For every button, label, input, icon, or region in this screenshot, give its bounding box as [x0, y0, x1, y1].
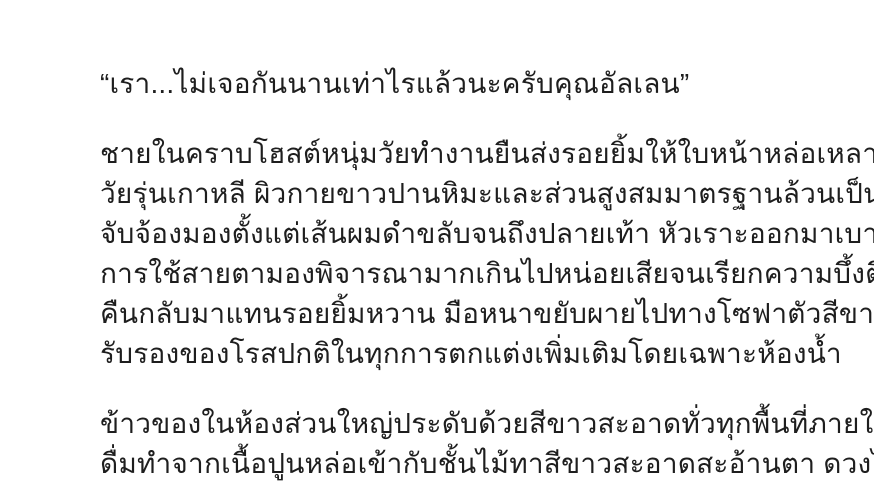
- text-line: การใช้สายตามองพิจารณามากเกินไปหน่อยเสียจ…: [100, 254, 800, 294]
- text-page: “เรา...ไม่เจอกันนานเท่าไรแล้วนะครับคุณอั…: [100, 64, 800, 484]
- text-line: คืนกลับมาแทนรอยยิ้มหวาน มือหนาขยับผายไปท…: [100, 294, 800, 334]
- text-line: ข้าวของในห้องส่วนใหญ่ประดับด้วยสีขาวสะอา…: [100, 404, 800, 444]
- text-line: รับรองของโรสปกติในทุกการตกแต่งเพิ่มเติมโ…: [100, 334, 800, 374]
- dialogue-paragraph: “เรา...ไม่เจอกันนานเท่าไรแล้วนะครับคุณอั…: [100, 64, 800, 104]
- narration-paragraph: ข้าวของในห้องส่วนใหญ่ประดับด้วยสีขาวสะอา…: [100, 404, 800, 484]
- text-line: ดื่มทำจากเนื้อปูนหล่อเข้ากับชั้นไม้ทาสีข…: [100, 444, 800, 484]
- text-line: จับจ้องมองตั้งแต่เส้นผมดำขลับจนถึงปลายเท…: [100, 214, 800, 254]
- narration-paragraph: ชายในคราบโฮสต์หนุ่มวัยทำงานยืนส่งรอยยิ้ม…: [100, 134, 800, 374]
- text-line: ชายในคราบโฮสต์หนุ่มวัยทำงานยืนส่งรอยยิ้ม…: [100, 134, 800, 174]
- text-line: “เรา...ไม่เจอกันนานเท่าไรแล้วนะครับคุณอั…: [100, 64, 800, 104]
- text-line: วัยรุ่นเกาหลี ผิวกายขาวปานหิมะและส่วนสูง…: [100, 174, 800, 214]
